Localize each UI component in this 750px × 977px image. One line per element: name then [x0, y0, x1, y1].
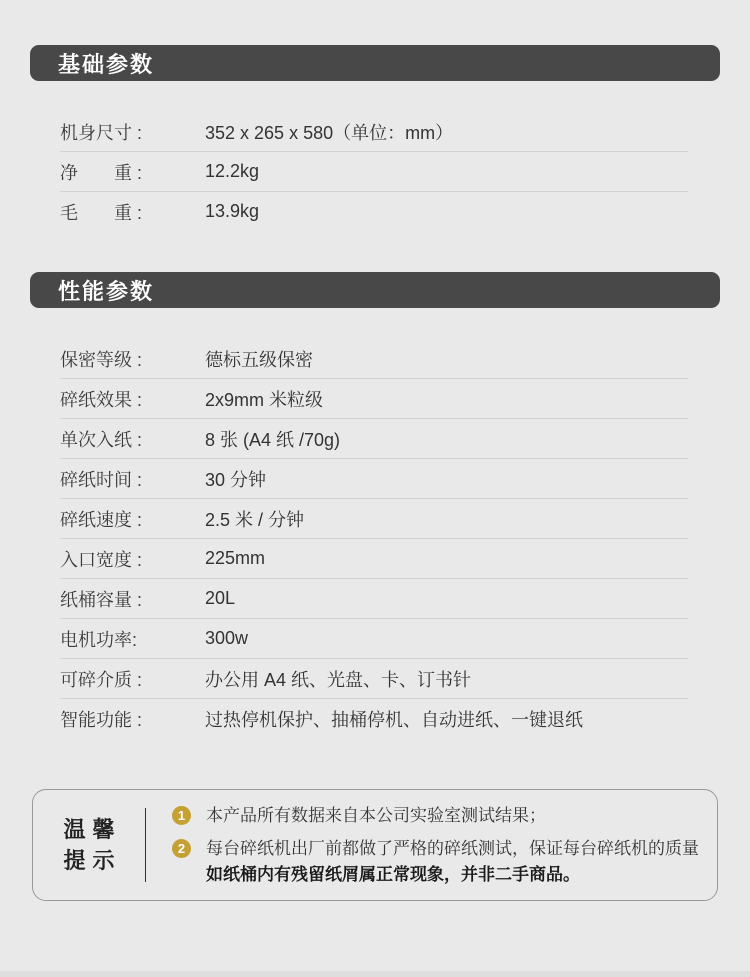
spec-value: 过热停机保护、抽桶停机、自动进纸、一键退纸 [205, 706, 688, 732]
tips-title-line-2: 提示 [33, 845, 145, 876]
spec-row: 纸桶容量 :20L [60, 579, 688, 619]
spec-value: 德标五级保密 [205, 346, 688, 372]
spec-row: 碎纸速度 :2.5 米 / 分钟 [60, 499, 688, 539]
spec-row: 单次入纸 :8 张 (A4 纸 /70g) [60, 419, 688, 459]
section-title-basic: 基础参数 [58, 48, 154, 79]
spec-row: 可碎介质 :办公用 A4 纸、光盘、卡、订书针 [60, 659, 688, 699]
spec-row: 入口宽度 :225mm [60, 539, 688, 579]
spec-value: 8 张 (A4 纸 /70g) [205, 426, 688, 452]
tips-box: 温馨 提示 1本产品所有数据来自本公司实验室测试结果；2每台碎纸机出厂前都做了严… [32, 789, 718, 901]
spec-row: 净 重 :12.2kg [60, 152, 688, 192]
spec-row: 碎纸效果 :2x9mm 米粒级 [60, 379, 688, 419]
spec-value: 225mm [205, 548, 688, 569]
tips-item-list: 1本产品所有数据来自本公司实验室测试结果；2每台碎纸机出厂前都做了严格的碎纸测试… [146, 803, 717, 888]
product-spec-page: 基础参数 机身尺寸 :352 x 265 x 580（单位：mm）净 重 :12… [0, 0, 750, 901]
spec-value: 352 x 265 x 580（单位：mm） [205, 119, 688, 145]
tip-line: 每台碎纸机出厂前都做了严格的碎纸测试，保证每台碎纸机的质量 [206, 836, 699, 862]
spec-value: 办公用 A4 纸、光盘、卡、订书针 [205, 666, 688, 692]
tip-number-badge: 1 [172, 806, 191, 825]
spec-label: 碎纸时间 : [60, 466, 205, 492]
tip-line: 本产品所有数据来自本公司实验室测试结果； [206, 803, 546, 829]
tip-text-lines: 每台碎纸机出厂前都做了严格的碎纸测试，保证每台碎纸机的质量如纸桶内有残留纸屑属正… [206, 836, 699, 888]
spec-table-performance: 保密等级 :德标五级保密碎纸效果 :2x9mm 米粒级单次入纸 :8 张 (A4… [60, 339, 688, 738]
spec-value: 30 分钟 [205, 466, 688, 492]
spec-label: 电机功率: [60, 626, 205, 652]
spec-label: 碎纸效果 : [60, 386, 205, 412]
tips-title: 温馨 提示 [33, 814, 145, 876]
section-title-performance: 性能参数 [58, 275, 154, 306]
spec-row: 碎纸时间 :30 分钟 [60, 459, 688, 499]
spec-row: 电机功率:300w [60, 619, 688, 659]
spec-row: 智能功能 :过热停机保护、抽桶停机、自动进纸、一键退纸 [60, 699, 688, 738]
tip-number-badge: 2 [172, 839, 191, 858]
spec-value: 300w [205, 628, 688, 649]
section-performance-params: 性能参数 保密等级 :德标五级保密碎纸效果 :2x9mm 米粒级单次入纸 :8 … [0, 272, 750, 738]
spec-value: 12.2kg [205, 161, 688, 182]
spec-label: 纸桶容量 : [60, 586, 205, 612]
spec-table-basic: 机身尺寸 :352 x 265 x 580（单位：mm）净 重 :12.2kg毛… [60, 112, 688, 231]
spec-label: 保密等级 : [60, 346, 205, 372]
spec-value: 2.5 米 / 分钟 [205, 506, 688, 532]
spec-label: 碎纸速度 : [60, 506, 205, 532]
spec-label: 智能功能 : [60, 706, 205, 732]
spec-label: 入口宽度 : [60, 546, 205, 572]
spec-label: 单次入纸 : [60, 426, 205, 452]
spec-label: 可碎介质 : [60, 666, 205, 692]
spec-value: 13.9kg [205, 201, 688, 222]
tip-item: 2每台碎纸机出厂前都做了严格的碎纸测试，保证每台碎纸机的质量如纸桶内有残留纸屑属… [172, 836, 717, 888]
spec-row: 毛 重 :13.9kg [60, 192, 688, 231]
section-header-basic: 基础参数 [30, 45, 720, 81]
tip-line-bold: 如纸桶内有残留纸屑属正常现象，并非二手商品。 [206, 862, 699, 888]
spec-value: 2x9mm 米粒级 [205, 386, 688, 412]
tip-text-lines: 本产品所有数据来自本公司实验室测试结果； [206, 803, 546, 829]
spec-row: 保密等级 :德标五级保密 [60, 339, 688, 379]
tip-item: 1本产品所有数据来自本公司实验室测试结果； [172, 803, 717, 829]
section-header-performance: 性能参数 [30, 272, 720, 308]
tips-title-line-1: 温馨 [33, 814, 145, 845]
spec-label: 机身尺寸 : [60, 119, 205, 145]
spec-row: 机身尺寸 :352 x 265 x 580（单位：mm） [60, 112, 688, 152]
spec-value: 20L [205, 588, 688, 609]
spec-label: 净 重 : [60, 159, 205, 185]
section-basic-params: 基础参数 机身尺寸 :352 x 265 x 580（单位：mm）净 重 :12… [0, 45, 750, 231]
bottom-strip [0, 971, 750, 977]
spec-label: 毛 重 : [60, 199, 205, 225]
